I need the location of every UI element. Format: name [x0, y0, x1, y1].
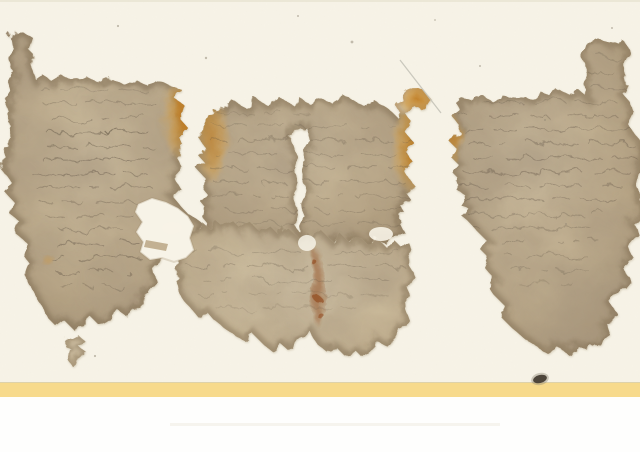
background-speck: [205, 57, 207, 59]
tear-gap: [162, 222, 182, 234]
rust-dot: [316, 297, 323, 304]
photo-artifact-streak: [170, 423, 500, 426]
rust-dot: [314, 262, 319, 267]
background-speck: [297, 15, 299, 17]
tear-gap: [298, 235, 316, 251]
rust-dot: [318, 313, 324, 319]
scan-top-edge: [0, 0, 640, 2]
background-speck: [117, 25, 119, 27]
manuscript-scan-photo: [0, 0, 640, 452]
background-speck: [565, 223, 567, 225]
background-speck: [434, 19, 436, 21]
background-speck: [94, 355, 96, 357]
tear-gap: [369, 227, 393, 241]
small-stain-dot: [41, 253, 51, 263]
background-speck: [479, 65, 481, 67]
mat-strip-yellow: [0, 383, 640, 397]
background-speck: [544, 119, 546, 121]
background-speck: [611, 27, 613, 29]
manuscript-scan-svg: [0, 0, 640, 452]
background-speck: [351, 41, 354, 44]
